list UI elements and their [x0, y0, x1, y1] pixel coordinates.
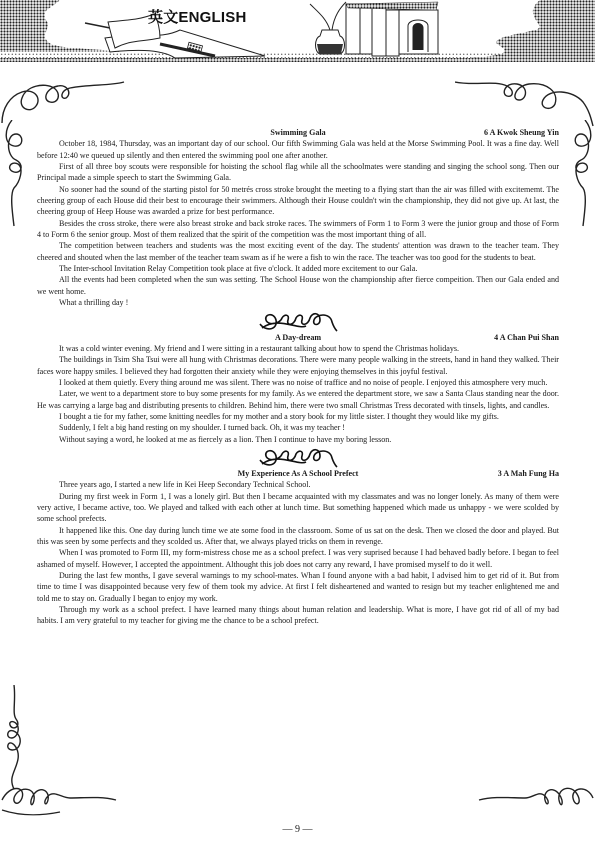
flourish-bottom-left-icon	[0, 780, 120, 820]
essay-author: 6 A Kwok Sheung Yin	[484, 127, 559, 138]
paragraph: No sooner had the sound of the starting …	[37, 184, 559, 218]
essay-school-prefect: My Experience As A School Prefect 3 A Ma…	[37, 468, 559, 627]
essay-swimming-gala: Swimming Gala 6 A Kwok Sheung Yin Octobe…	[37, 127, 559, 309]
flourish-top-right-icon	[455, 68, 595, 128]
flourish-left-lower-icon	[2, 685, 32, 795]
flourish-left-vertical-icon	[2, 120, 32, 230]
essay-author: 3 A Mah Fung Ha	[498, 468, 559, 479]
paragraph: It happened like this. One day during lu…	[37, 525, 559, 548]
flourish-right-vertical-icon	[567, 120, 595, 230]
section-title: 英文ENGLISH	[148, 6, 246, 27]
paragraph: It was a cold winter evening. My friend …	[37, 343, 559, 354]
essay-header: My Experience As A School Prefect 3 A Ma…	[37, 468, 559, 479]
paragraph: I looked at them quietly. Every thing ar…	[37, 377, 559, 388]
banner-illustration	[0, 0, 595, 62]
paragraph: Later, we went to a department store to …	[37, 388, 559, 411]
paragraph: The buildings in Tsim Sha Tsui were all …	[37, 354, 559, 377]
page-number: — 9 —	[0, 824, 595, 835]
paragraph: Suddenly, I felt a big hand resting on m…	[37, 422, 559, 433]
paragraph: October 18, 1984, Thursday, was an impor…	[37, 138, 559, 161]
flourish-bottom-right-icon	[475, 780, 595, 820]
page-content: Swimming Gala 6 A Kwok Sheung Yin Octobe…	[37, 127, 559, 627]
paragraph: When I was promoted to Form III, my form…	[37, 547, 559, 570]
paragraph: Without saying a word, he looked at me a…	[37, 434, 559, 445]
paragraph: What a thrilling day !	[37, 297, 559, 308]
flourish-top-left-icon	[0, 68, 140, 128]
paragraph: During my first week in Form 1, I was a …	[37, 491, 559, 525]
flourish-divider-icon	[258, 310, 338, 332]
essay-title: Swimming Gala	[37, 127, 559, 138]
section-divider	[37, 445, 559, 468]
essay-title: My Experience As A School Prefect	[37, 468, 559, 479]
paragraph: I bought a tie for my father, some knitt…	[37, 411, 559, 422]
paragraph: All the events had been completed when t…	[37, 274, 559, 297]
essay-title: A Day-dream	[37, 332, 559, 343]
paragraph: The Inter-school Invitation Relay Compet…	[37, 263, 559, 274]
paragraph: Through my work as a school prefect. I h…	[37, 604, 559, 627]
paragraph: The competition between teachers and stu…	[37, 240, 559, 263]
essay-header: A Day-dream 4 A Chan Pui Shan	[37, 332, 559, 343]
essay-author: 4 A Chan Pui Shan	[494, 332, 559, 343]
paragraph: Besides the cross stroke, there were als…	[37, 218, 559, 241]
header-banner: 英文ENGLISH	[0, 0, 595, 62]
section-divider	[37, 309, 559, 332]
flourish-divider-icon	[258, 446, 338, 468]
essay-header: Swimming Gala 6 A Kwok Sheung Yin	[37, 127, 559, 138]
paragraph: Three years ago, I started a new life in…	[37, 479, 559, 490]
paragraph: During the last few months, I gave sever…	[37, 570, 559, 604]
essay-day-dream: A Day-dream 4 A Chan Pui Shan It was a c…	[37, 332, 559, 445]
paragraph: First of all three boy scouts were respo…	[37, 161, 559, 184]
